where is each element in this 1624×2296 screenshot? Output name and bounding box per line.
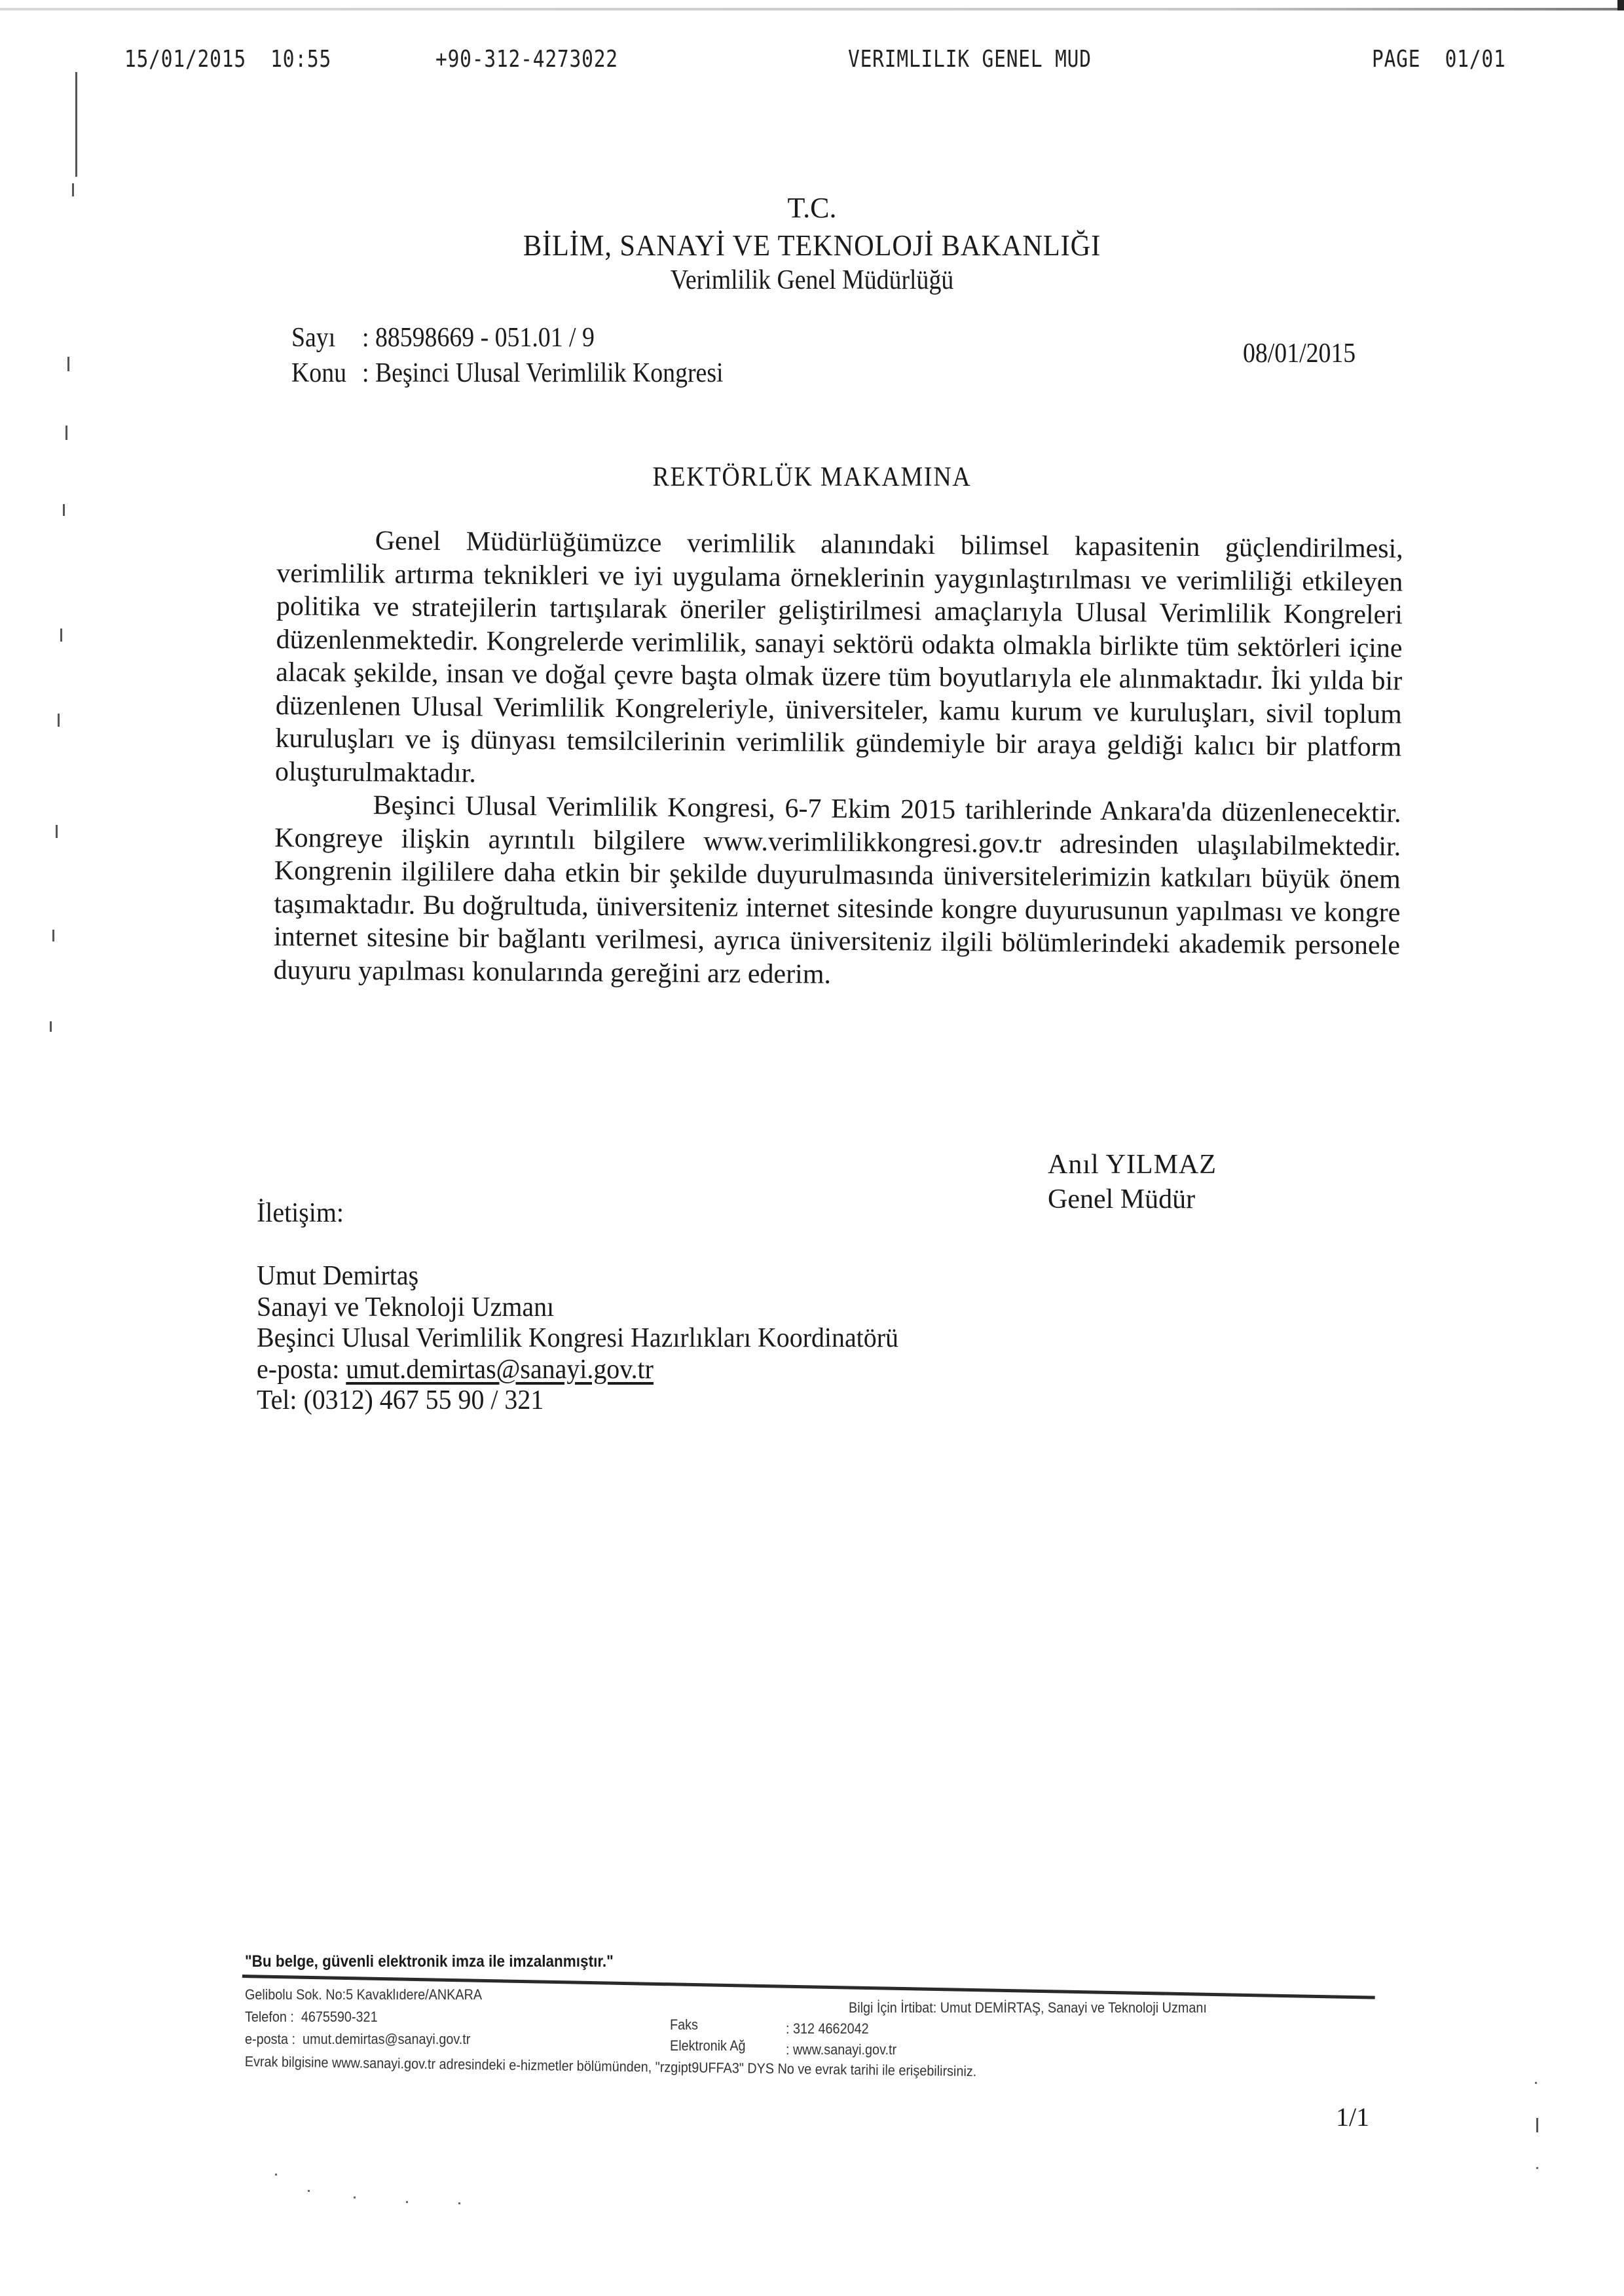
letter-body: Genel Müdürlüğümüzce verimlilik alanında… — [273, 524, 1403, 995]
fax-phone: +90-312-4273022 — [435, 46, 618, 73]
scan-top-edge — [0, 8, 1624, 10]
footer-address: Gelibolu Sok. No:5 Kavaklıdere/ANKARA — [245, 1986, 482, 2003]
scan-margin-mark — [56, 825, 58, 838]
footer-email-label: e-posta : — [245, 2031, 295, 2047]
signatory-title: Genel Müdür — [1048, 1184, 1195, 1215]
letterhead-tc: T.C. — [0, 191, 1624, 225]
footer-info-contact: Bilgi İçin İrtibat: Umut DEMİRTAŞ, Sanay… — [849, 1999, 1207, 2016]
fax-time: 10:55 — [270, 46, 331, 73]
reference-number: Sayı: 88598669 - 051.01 / 9 — [291, 322, 595, 354]
contact-name: Umut Demirtaş — [257, 1261, 898, 1292]
fax-page-label: PAGE — [1372, 46, 1420, 73]
sayi-label: Sayı — [291, 322, 362, 354]
footer-phone-label: Telefon : — [245, 2009, 294, 2025]
contact-role: Beşinci Ulusal Verimlilik Kongresi Hazır… — [257, 1323, 898, 1355]
footer-phone-value: 4675590-321 — [301, 2009, 378, 2025]
scan-speck — [308, 2190, 310, 2192]
scan-speck — [354, 2196, 356, 2198]
contact-title: Sanayi ve Teknoloji Uzmanı — [257, 1292, 898, 1324]
body-paragraph-1: Genel Müdürlüğümüzce verimlilik alanında… — [275, 524, 1403, 797]
document-date: 08/01/2015 — [1243, 338, 1356, 369]
scan-margin-mark — [67, 357, 69, 371]
contact-email-link[interactable]: umut.demirtas@sanayi.gov.tr — [346, 1355, 654, 1385]
scan-margin-mark — [60, 629, 62, 642]
fax-header-datetime: 15/01/2015 10:55 — [124, 46, 331, 73]
scan-margin-mark — [52, 930, 54, 941]
contact-block: Umut Demirtaş Sanayi ve Teknoloji Uzmanı… — [257, 1261, 898, 1417]
scan-speck — [458, 2202, 460, 2204]
scan-corner-shadow — [1617, 0, 1624, 10]
scan-margin-mark — [65, 426, 67, 440]
scan-margin-mark — [58, 714, 60, 727]
footer-fax-value: : 312 4662042 — [786, 2020, 869, 2037]
fax-date: 15/01/2015 — [124, 46, 246, 73]
sayi-value: : 88598669 - 051.01 / 9 — [362, 323, 595, 353]
scan-margin-mark — [72, 183, 74, 196]
fax-page-number: 01/01 — [1445, 46, 1506, 73]
footer-phone: Telefon : 4675590-321 — [245, 2009, 378, 2026]
page-number: 1/1 — [1336, 2102, 1369, 2132]
scan-margin-mark — [75, 72, 77, 177]
letterhead-directorate: Verimlilik Genel Müdürlüğü — [81, 264, 1543, 296]
scan-speck — [275, 2174, 277, 2176]
scan-margin-mark — [63, 504, 65, 516]
contact-tel: Tel: (0312) 467 55 90 / 321 — [257, 1385, 898, 1417]
konu-label: Konu — [291, 357, 362, 389]
footer-web-value[interactable]: : www.sanayi.gov.tr — [786, 2041, 896, 2058]
konu-value: : Beşinci Ulusal Verimlilik Kongresi — [362, 358, 724, 388]
scan-speck — [1536, 2167, 1538, 2169]
body-paragraph-2: Beşinci Ulusal Verimlilik Kongresi, 6-7 … — [273, 788, 1401, 995]
fax-page: PAGE 01/01 — [1372, 46, 1506, 73]
contact-email-label: e-posta: — [257, 1355, 346, 1385]
footer-fax-label: Faks — [670, 2016, 698, 2033]
fax-sender: VERIMLILIK GENEL MUD — [848, 46, 1092, 73]
scan-margin-mark — [50, 1021, 52, 1032]
subject: Konu: Beşinci Ulusal Verimlilik Kongresi — [291, 357, 724, 389]
contact-email-line: e-posta: umut.demirtas@sanayi.gov.tr — [257, 1355, 898, 1386]
scan-speck — [406, 2201, 408, 2203]
footer-email-value[interactable]: umut.demirtas@sanayi.gov.tr — [303, 2031, 470, 2047]
e-signature-note: "Bu belge, güvenli elektronik imza ile i… — [245, 1952, 614, 1971]
scan-margin-mark — [1536, 2118, 1538, 2132]
footer-web-label: Elektronik Ağ — [670, 2037, 746, 2054]
signatory-name: Anıl YILMAZ — [1048, 1149, 1217, 1180]
contact-label: İletişim: — [257, 1198, 344, 1230]
letterhead-ministry: BİLİM, SANAYİ VE TEKNOLOJİ BAKANLIĞI — [65, 228, 1559, 263]
scan-speck — [1535, 2082, 1537, 2084]
addressee: REKTÖRLÜK MAKAMINA — [81, 462, 1543, 493]
footer-email: e-posta : umut.demirtas@sanayi.gov.tr — [245, 2031, 470, 2048]
